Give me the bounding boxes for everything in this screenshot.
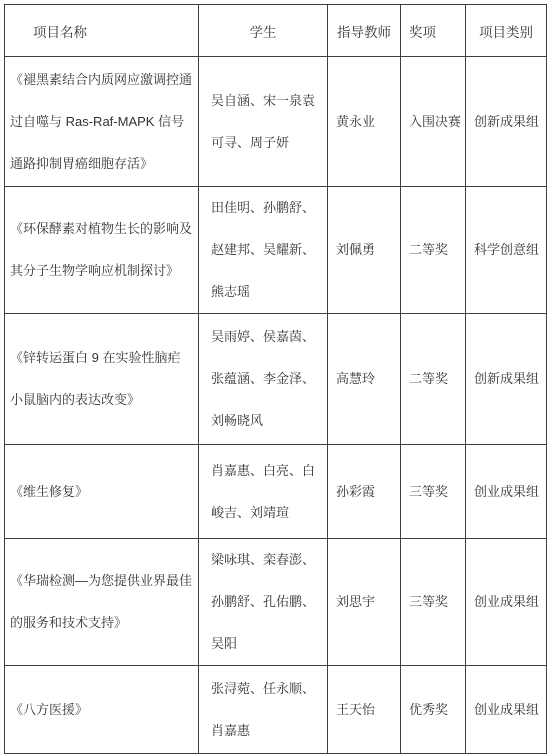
table-row: 《维生修复》 肖嘉惠、白亮、白峻吉、刘靖瑄 孙彩霞 三等奖 创业成果组	[5, 445, 547, 539]
teacher-cell: 王天怡	[328, 666, 401, 754]
header-cell-teacher: 指导教师	[328, 5, 401, 57]
header-cell-award: 奖项	[401, 5, 466, 57]
award-cell: 二等奖	[401, 314, 466, 445]
category-cell: 创新成果组	[466, 57, 547, 187]
teacher-cell: 孙彩霞	[328, 445, 401, 539]
teacher-cell: 黄永业	[328, 57, 401, 187]
students-cell: 吴自涵、宋一泉袁可寻、周子妍	[199, 57, 328, 187]
project-name-cell: 《八方医援》	[5, 666, 199, 754]
students-cell: 张浔菀、任永顺、肖嘉惠	[199, 666, 328, 754]
table-row: 《褪黑素结合内质网应激调控通过自噬与 Ras-Raf-MAPK 信号通路抑制胃癌…	[5, 57, 547, 187]
students-cell: 梁咏琪、栾春澎、孙鹏舒、孔佑鹏、吴阳	[199, 539, 328, 666]
award-cell: 入围决赛	[401, 57, 466, 187]
teacher-cell: 高慧玲	[328, 314, 401, 445]
header-cell-project-name: 项目名称	[5, 5, 199, 57]
teacher-cell: 刘佩勇	[328, 187, 401, 314]
project-name-cell: 《维生修复》	[5, 445, 199, 539]
table-row: 《八方医援》 张浔菀、任永顺、肖嘉惠 王天怡 优秀奖 创业成果组	[5, 666, 547, 754]
category-cell: 创业成果组	[466, 539, 547, 666]
project-name-cell: 《华瑞检测—为您提供业界最佳的服务和技术支持》	[5, 539, 199, 666]
header-cell-category: 项目类别	[466, 5, 547, 57]
awards-table: 项目名称 学生 指导教师 奖项 项目类别 《褪黑素结合内质网应激调控通过自噬与 …	[4, 4, 547, 754]
students-cell: 田佳明、孙鹏舒、赵建邦、吴耀新、熊志瑶	[199, 187, 328, 314]
award-cell: 优秀奖	[401, 666, 466, 754]
category-cell: 创业成果组	[466, 666, 547, 754]
table-row: 《环保酵素对植物生长的影响及其分子生物学响应机制探讨》 田佳明、孙鹏舒、赵建邦、…	[5, 187, 547, 314]
award-cell: 三等奖	[401, 445, 466, 539]
category-cell: 创业成果组	[466, 445, 547, 539]
header-cell-students: 学生	[199, 5, 328, 57]
award-cell: 三等奖	[401, 539, 466, 666]
header-row: 项目名称 学生 指导教师 奖项 项目类别	[5, 5, 547, 57]
category-cell: 创新成果组	[466, 314, 547, 445]
project-name-cell: 《褪黑素结合内质网应激调控通过自噬与 Ras-Raf-MAPK 信号通路抑制胃癌…	[5, 57, 199, 187]
category-cell: 科学创意组	[466, 187, 547, 314]
award-cell: 二等奖	[401, 187, 466, 314]
students-cell: 肖嘉惠、白亮、白峻吉、刘靖瑄	[199, 445, 328, 539]
table-row: 《锌转运蛋白 9 在实验性脑疟小鼠脑内的表达改变》 吴雨婷、侯嘉茵、张蕴涵、李金…	[5, 314, 547, 445]
students-cell: 吴雨婷、侯嘉茵、张蕴涵、李金泽、刘畅晓风	[199, 314, 328, 445]
project-name-cell: 《环保酵素对植物生长的影响及其分子生物学响应机制探讨》	[5, 187, 199, 314]
teacher-cell: 刘思宇	[328, 539, 401, 666]
table-row: 《华瑞检测—为您提供业界最佳的服务和技术支持》 梁咏琪、栾春澎、孙鹏舒、孔佑鹏、…	[5, 539, 547, 666]
project-name-cell: 《锌转运蛋白 9 在实验性脑疟小鼠脑内的表达改变》	[5, 314, 199, 445]
